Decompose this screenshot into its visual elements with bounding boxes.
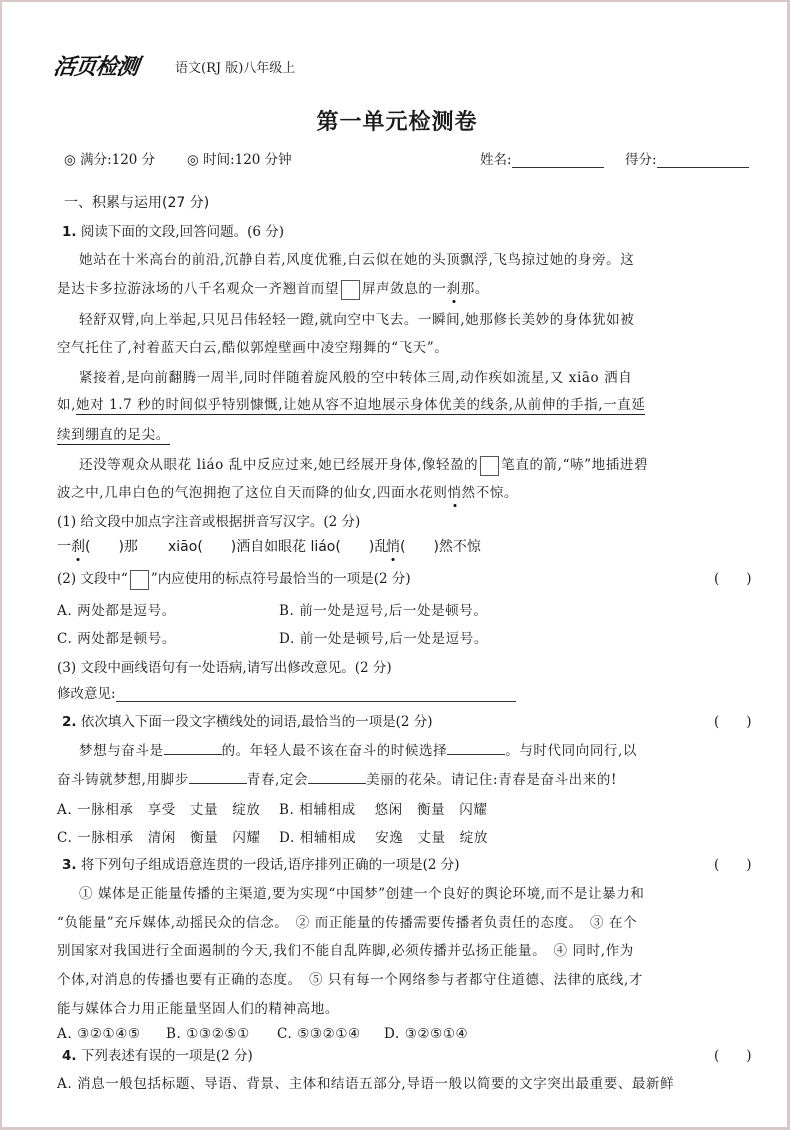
question-2-prompt: 2. 依次填入下面一段文字横线处的词语,最恰当的一项是(2 分) [62, 710, 433, 730]
option-a[interactable]: A. 两处都是逗号。 [57, 599, 176, 619]
name-field[interactable]: 姓名: [480, 148, 604, 168]
page-title: 第一单元检测卷 [2, 105, 790, 136]
passage-line: 波之中,几串白色的气泡拥抱了这位自天而降的仙女,四面水花则悄然不惊。 [57, 481, 518, 501]
fill-blank[interactable] [164, 742, 222, 755]
exam-page: 活页检测 语文(RJ 版)八年级上 第一单元检测卷 ◎ 满分:120 分 ◎ 时… [2, 2, 787, 1127]
fill-blank[interactable] [447, 742, 505, 755]
question-3-prompt: 3. 将下列句子组成语意连贯的一段话,语序排列正确的一项是(2 分) [62, 853, 460, 873]
answer-paren[interactable]: ( ) [714, 710, 752, 730]
option-a[interactable]: A. 一脉相承 享受 丈量 绽放 [57, 798, 260, 818]
option-a[interactable]: A. 消息一般包括标题、导语、背景、主体和结语五部分,导语一般以简要的文字突出最… [57, 1072, 674, 1092]
sub-question-1: (1) 给文段中加点字注音或根据拼音写汉字。(2 分) [57, 510, 360, 530]
option-d[interactable]: D. ③②⑤①④ [384, 1026, 468, 1042]
pinyin-item[interactable]: xiāo()洒自如 [168, 536, 278, 556]
underlined-sentence: 她对 1.7 秒的时间似乎特别慷慨,让她从容不迫地展示身体优美的线条,从前伸的手… [76, 397, 645, 415]
dotted-char: 悄 [447, 485, 461, 501]
answer-paren[interactable]: ( ) [714, 567, 752, 587]
pinyin-item[interactable]: 一刹()那 [57, 536, 138, 556]
time-limit: ◎ 时间:120 分钟 [187, 148, 292, 168]
pinyin-item[interactable]: 眼花 liáo()乱 [278, 536, 388, 556]
passage-line: 还没等观众从眼花 liáo 乱中反应过来,她已经展开身体,像轻盈的笔直的箭,“哧… [79, 453, 648, 476]
passage-line: 续到绷直的足尖。 [57, 423, 170, 443]
subject-label: 语文(RJ 版)八年级上 [175, 57, 295, 76]
sub-question-2: (2) 文段中“”内应使用的标点符号最恰当的一项是(2 分) [57, 567, 411, 590]
answer-paren[interactable]: ( ) [714, 853, 752, 873]
full-score: ◎ 满分:120 分 [64, 148, 155, 168]
brand-logo: 活页检测 [52, 50, 140, 81]
score-label: 得分: [625, 152, 657, 168]
passage-line: 是达卡多拉游泳场的八千名观众一齐翘首而望屏声敛息的一刹那。 [57, 277, 489, 300]
question-4-prompt: 4. 下列表述有误的一项是(2 分) [62, 1044, 253, 1064]
question-1-prompt: 1. 阅读下面的文段,回答问题。(6 分) [62, 220, 284, 240]
option-c[interactable]: C. 两处都是顿号。 [57, 627, 176, 647]
passage-line: ① 媒体是正能量传播的主渠道,要为实现“中国梦”创建一个良好的舆论环境,而不是让… [79, 882, 644, 902]
dotted-char: 刹 [447, 281, 461, 297]
passage-line: 空气托住了,衬着蓝天白云,酷似郭煌壁画中凌空翔舞的“飞天”。 [57, 336, 448, 356]
name-blank[interactable] [512, 153, 604, 168]
fill-blank[interactable] [189, 771, 247, 784]
passage-line: 能与媒体合力用正能量坚固人们的精神高地。 [57, 997, 339, 1017]
option-d[interactable]: D. 前一处是顿号,后一处是逗号。 [279, 627, 488, 647]
option-c[interactable]: C. ⑤③②①④ [277, 1026, 361, 1042]
sub-question-3: (3) 文段中画线语句有一处语病,请写出修改意见。(2 分) [57, 656, 392, 676]
name-label: 姓名: [480, 152, 512, 168]
section-heading: 一、积累与运用(27 分) [64, 192, 209, 212]
option-b[interactable]: B. ①③②⑤① [166, 1026, 250, 1042]
passage-line: 如,她对 1.7 秒的时间似乎特别慷慨,让她从容不迫地展示身体优美的线条,从前伸… [57, 393, 645, 413]
passage-line: 紧接着,是向前翻腾一周半,同时伴随着旋风般的空中转体三周,动作疾如流星,又 xi… [79, 366, 632, 386]
revision-blank[interactable] [116, 687, 516, 702]
punctuation-box [341, 280, 360, 300]
passage-line: “负能量”充斥媒体,动摇民众的信念。 ② 而正能量的传播需要传播者负责任的态度。… [57, 911, 637, 931]
passage-line: 轻舒双臂,向上举起,只见吕伟轻轻一蹬,就向空中飞去。一瞬间,她那修长美妙的身体犹… [79, 308, 634, 328]
passage-line: 奋斗铸就梦想,用脚步青春,定会美丽的花朵。请记住:青春是奋斗出来的! [57, 768, 617, 788]
option-c[interactable]: C. 一脉相承 清闲 衡量 闪耀 [57, 826, 261, 846]
punctuation-box [480, 456, 499, 476]
fill-blank[interactable] [308, 771, 366, 784]
option-b[interactable]: B. 相辅相成 悠闲 衡量 闪耀 [279, 798, 488, 818]
option-b[interactable]: B. 前一处是逗号,后一处是顿号。 [279, 599, 488, 619]
pinyin-item[interactable]: 悄()然不惊 [386, 536, 481, 556]
option-a[interactable]: A. ③②①④⑤ [57, 1026, 141, 1042]
passage-line: 梦想与奋斗是的。年轻人最不该在奋斗的时候选择。与时代同向同行,以 [79, 739, 637, 759]
passage-line: 别国家对我国进行全面遏制的今天,我们不能自乱阵脚,必须传播并弘扬正能量。 ④ 同… [57, 939, 634, 959]
punctuation-box [130, 570, 149, 590]
revision-field[interactable]: 修改意见: [57, 682, 516, 702]
passage-line: 个体,对消息的传播也要有正确的态度。 ⑤ 只有每一个网络参与者都守住道德、法律的… [57, 968, 643, 988]
score-blank[interactable] [657, 153, 749, 168]
score-field[interactable]: 得分: [625, 148, 749, 168]
underlined-sentence: 续到绷直的足尖。 [57, 427, 170, 445]
option-d[interactable]: D. 相辅相成 安逸 丈量 绽放 [279, 826, 488, 846]
passage-line: 她站在十米高台的前沿,沉静自若,风度优雅,白云似在她的头顶飘浮,飞鸟掠过她的身旁… [79, 248, 634, 268]
answer-paren[interactable]: ( ) [714, 1044, 752, 1064]
